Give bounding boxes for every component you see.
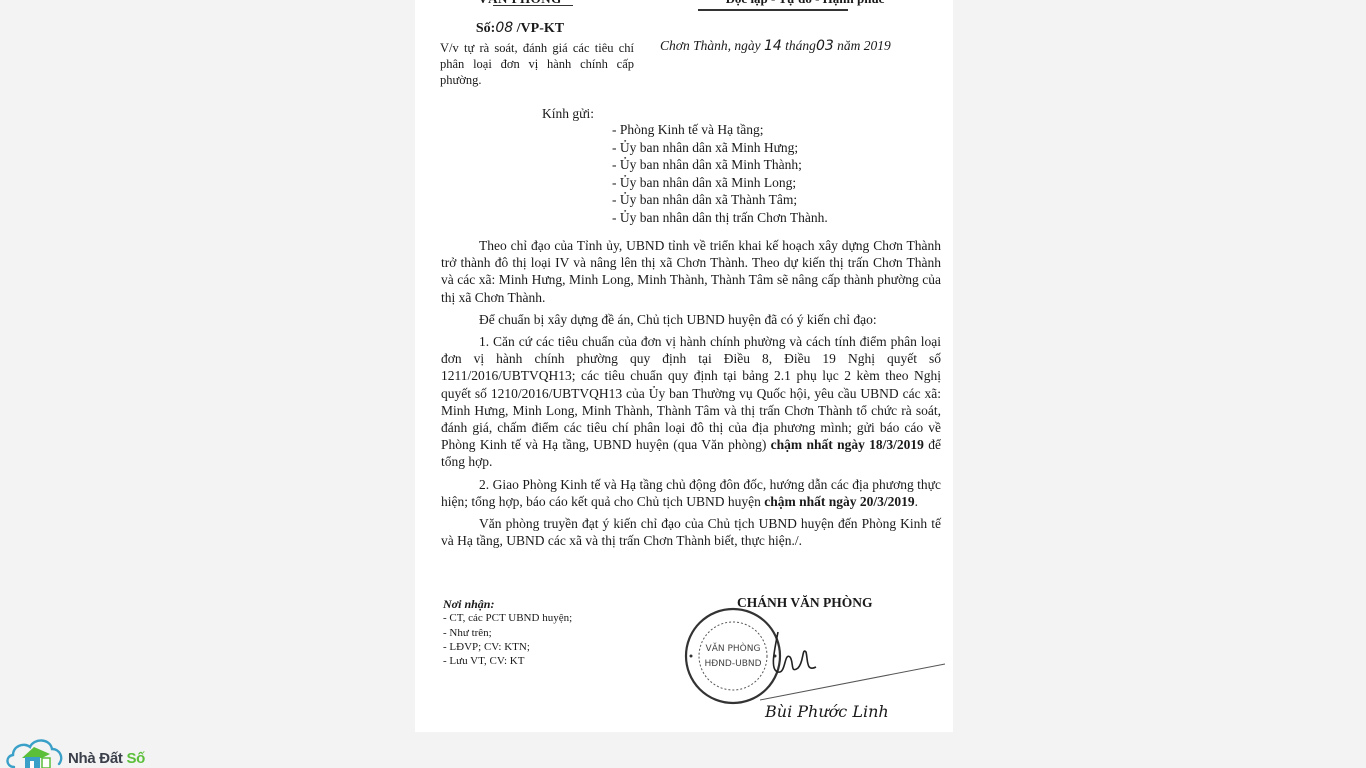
recipient-item: - Ủy ban nhân dân xã Thành Tâm; — [612, 191, 828, 209]
document-number: Số:08 /VP-KT — [445, 20, 595, 37]
cc-block: Nơi nhận: - CT, các PCT UBND huyện; - Nh… — [443, 597, 572, 668]
cc-item: - LĐVP; CV: KTN; — [443, 640, 572, 654]
cc-item: - Lưu VT, CV: KT — [443, 654, 572, 668]
paragraph-context: Theo chỉ đạo của Tỉnh ủy, UBND tỉnh về t… — [441, 237, 941, 306]
recipient-item: - Ủy ban nhân dân xã Minh Thành; — [612, 156, 828, 174]
brand-name: Nhà Đất Số — [68, 750, 145, 767]
deadline-1: chậm nhất ngày 18/3/2019 — [771, 437, 924, 452]
document-page: VĂN PHÒNG Độc lập - Tự do - Hạnh phúc Số… — [415, 0, 953, 732]
svg-text:HĐND-UBND: HĐND-UBND — [704, 659, 761, 669]
recipient-item: - Ủy ban nhân dân thị trấn Chơn Thành. — [612, 209, 828, 227]
header-motto-cut: Độc lập - Tự do - Hạnh phúc — [675, 0, 935, 7]
header-underline-left — [493, 5, 573, 6]
recipient-item: - Phòng Kinh tế và Hạ tầng; — [612, 121, 828, 139]
number-handwritten: 08 — [495, 20, 513, 36]
paragraph-item-1: 1. Căn cứ các tiêu chuẩn của đơn vị hành… — [441, 333, 941, 471]
signer-name: Bùi Phước Linh — [765, 702, 889, 721]
recipient-item: - Ủy ban nhân dân xã Minh Hưng; — [612, 139, 828, 157]
house-cloud-icon — [4, 734, 66, 768]
recipient-list: - Phòng Kinh tế và Hạ tầng; - Ủy ban nhâ… — [612, 121, 828, 226]
paragraph-intro: Để chuẩn bị xây dựng đề án, Chủ tịch UBN… — [441, 311, 941, 328]
document-date: Chơn Thành, ngày 14 tháng03 năm 2019 — [660, 38, 950, 54]
paragraph-closing: Văn phòng truyền đạt ý kiến chỉ đạo của … — [441, 515, 941, 549]
cc-item: - Như trên; — [443, 626, 572, 640]
header-underline-right — [698, 9, 848, 11]
document-body: Theo chỉ đạo của Tỉnh ủy, UBND tỉnh về t… — [441, 237, 941, 554]
date-day: 14 — [764, 38, 782, 54]
cc-item: - CT, các PCT UBND huyện; — [443, 611, 572, 625]
signature-icon — [760, 622, 950, 704]
document-subject: V/v tự rà soát, đánh giá các tiêu chí ph… — [440, 40, 634, 88]
recipient-item: - Ủy ban nhân dân xã Minh Long; — [612, 174, 828, 192]
salutation: Kính gửi: — [542, 106, 594, 122]
paragraph-item-2: 2. Giao Phòng Kinh tế và Hạ tầng chủ độn… — [441, 476, 941, 510]
date-month: 03 — [816, 38, 834, 54]
watermark-logo: Nhà Đất Số — [4, 733, 164, 768]
svg-text:VĂN PHÒNG: VĂN PHÒNG — [706, 642, 761, 654]
deadline-2: chậm nhất ngày 20/3/2019 — [764, 494, 914, 509]
cc-title: Nơi nhận: — [443, 597, 572, 611]
